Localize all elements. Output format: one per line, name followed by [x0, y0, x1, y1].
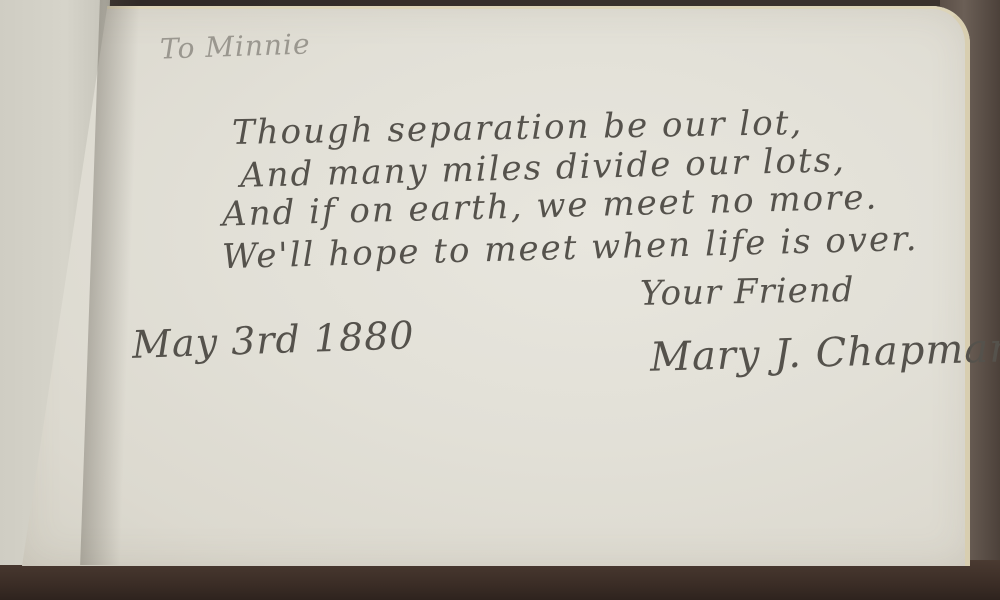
table-surface-bottom	[0, 560, 1000, 600]
photo-scene: To Minnie Though separation be our lot, …	[0, 0, 1000, 600]
dedication-text: To Minnie	[159, 27, 311, 65]
closing-text: Your Friend	[640, 270, 855, 314]
signature: Mary J. Chapman	[649, 325, 1000, 381]
